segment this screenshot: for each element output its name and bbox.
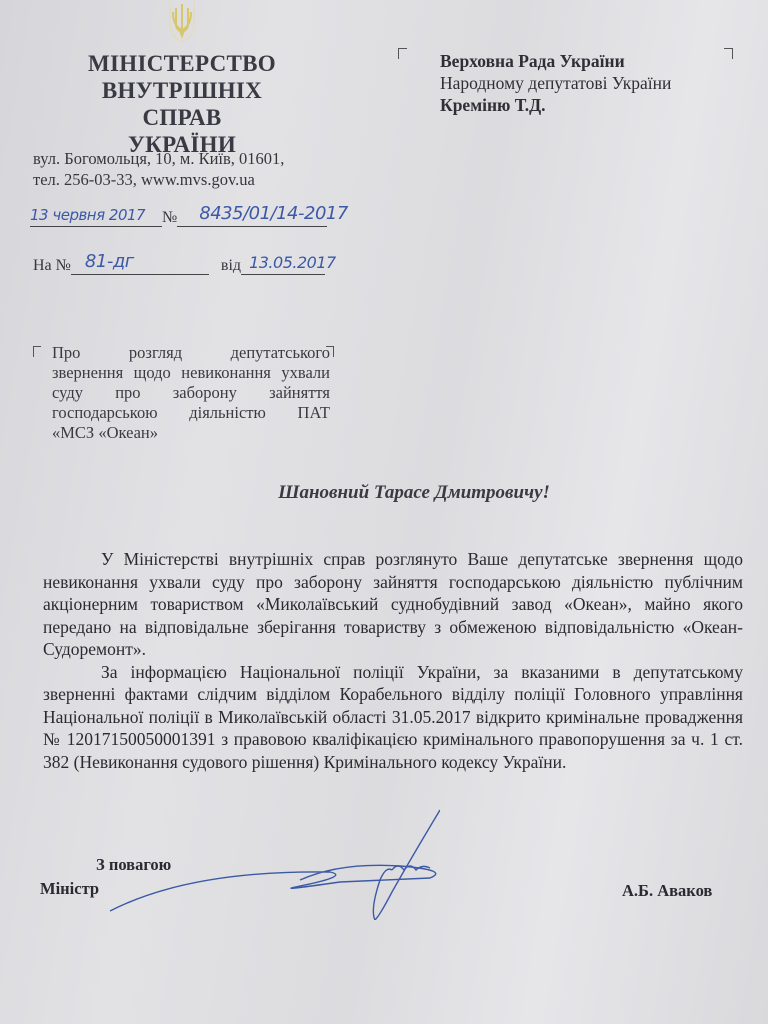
subject-line: господарською діяльністю ПАТ xyxy=(52,403,330,423)
subject-line: Про розгляд депутатського xyxy=(52,343,330,363)
subject-line: звернення щодо невиконання ухвали xyxy=(52,363,330,383)
outgoing-registration: 13 червня 2017 № 8435/01/14-2017 xyxy=(30,208,327,227)
recipient-bracket-right xyxy=(724,48,733,59)
number-label: № xyxy=(162,209,177,226)
signatory-position: Міністр xyxy=(40,879,99,899)
reply-number-label: На № xyxy=(33,257,71,274)
body-paragraph: За інформацією Національної поліції Укра… xyxy=(43,661,743,774)
outgoing-number-field: 8435/01/14-2017 xyxy=(177,208,327,227)
ministry-name-line: МІНІСТЕРСТВО xyxy=(62,50,302,77)
from-date-label: від xyxy=(221,257,241,274)
subject-line: суду про заборону зайняття xyxy=(52,383,330,403)
trident-emblem-icon xyxy=(166,0,198,44)
subject-bracket-left xyxy=(33,346,41,357)
handwritten-signature-icon xyxy=(100,800,440,925)
recipient-block: Верховна Рада України Народному депутато… xyxy=(440,50,671,116)
from-date-handwritten: 13.05.2017 xyxy=(249,253,336,272)
outgoing-date-field: 13 червня 2017 xyxy=(30,208,162,227)
ministry-name: МІНІСТЕРСТВО ВНУТРІШНІХ СПРАВ УКРАЇНИ xyxy=(62,50,302,158)
recipient-title: Народному депутатові України xyxy=(440,72,671,94)
ministry-address: вул. Богомольця, 10, м. Київ, 01601, тел… xyxy=(33,148,284,190)
outgoing-number-handwritten: 8435/01/14-2017 xyxy=(199,203,348,224)
signatory-name: А.Б. Аваков xyxy=(622,881,712,901)
contact-line: тел. 256-03-33, www.mvs.gov.ua xyxy=(33,169,284,190)
reply-number-handwritten: 81-дг xyxy=(85,251,134,272)
reply-number-field: 81-дг xyxy=(71,256,209,275)
recipient-institution: Верховна Рада України xyxy=(440,50,671,72)
letter-body: У Міністерстві внутрішніх справ розгляну… xyxy=(43,548,743,773)
ministry-name-line: ВНУТРІШНІХ СПРАВ xyxy=(62,77,302,131)
letter-subject: Про розгляд депутатського звернення щодо… xyxy=(52,343,330,443)
outgoing-date-handwritten: 13 червня 2017 xyxy=(30,206,145,224)
body-paragraph: У Міністерстві внутрішніх справ розгляну… xyxy=(43,548,743,661)
address-line: вул. Богомольця, 10, м. Київ, 01601, xyxy=(33,148,284,169)
recipient-bracket-left xyxy=(398,48,407,59)
recipient-name: Кремiню Т.Д. xyxy=(440,94,671,116)
subject-line: «МСЗ «Океан» xyxy=(52,423,330,443)
salutation: Шановний Тарасе Дмитровичу! xyxy=(0,482,768,504)
from-date-field: 13.05.2017 xyxy=(241,256,325,275)
reply-registration: На № 81-дг від 13.05.2017 xyxy=(33,256,325,275)
